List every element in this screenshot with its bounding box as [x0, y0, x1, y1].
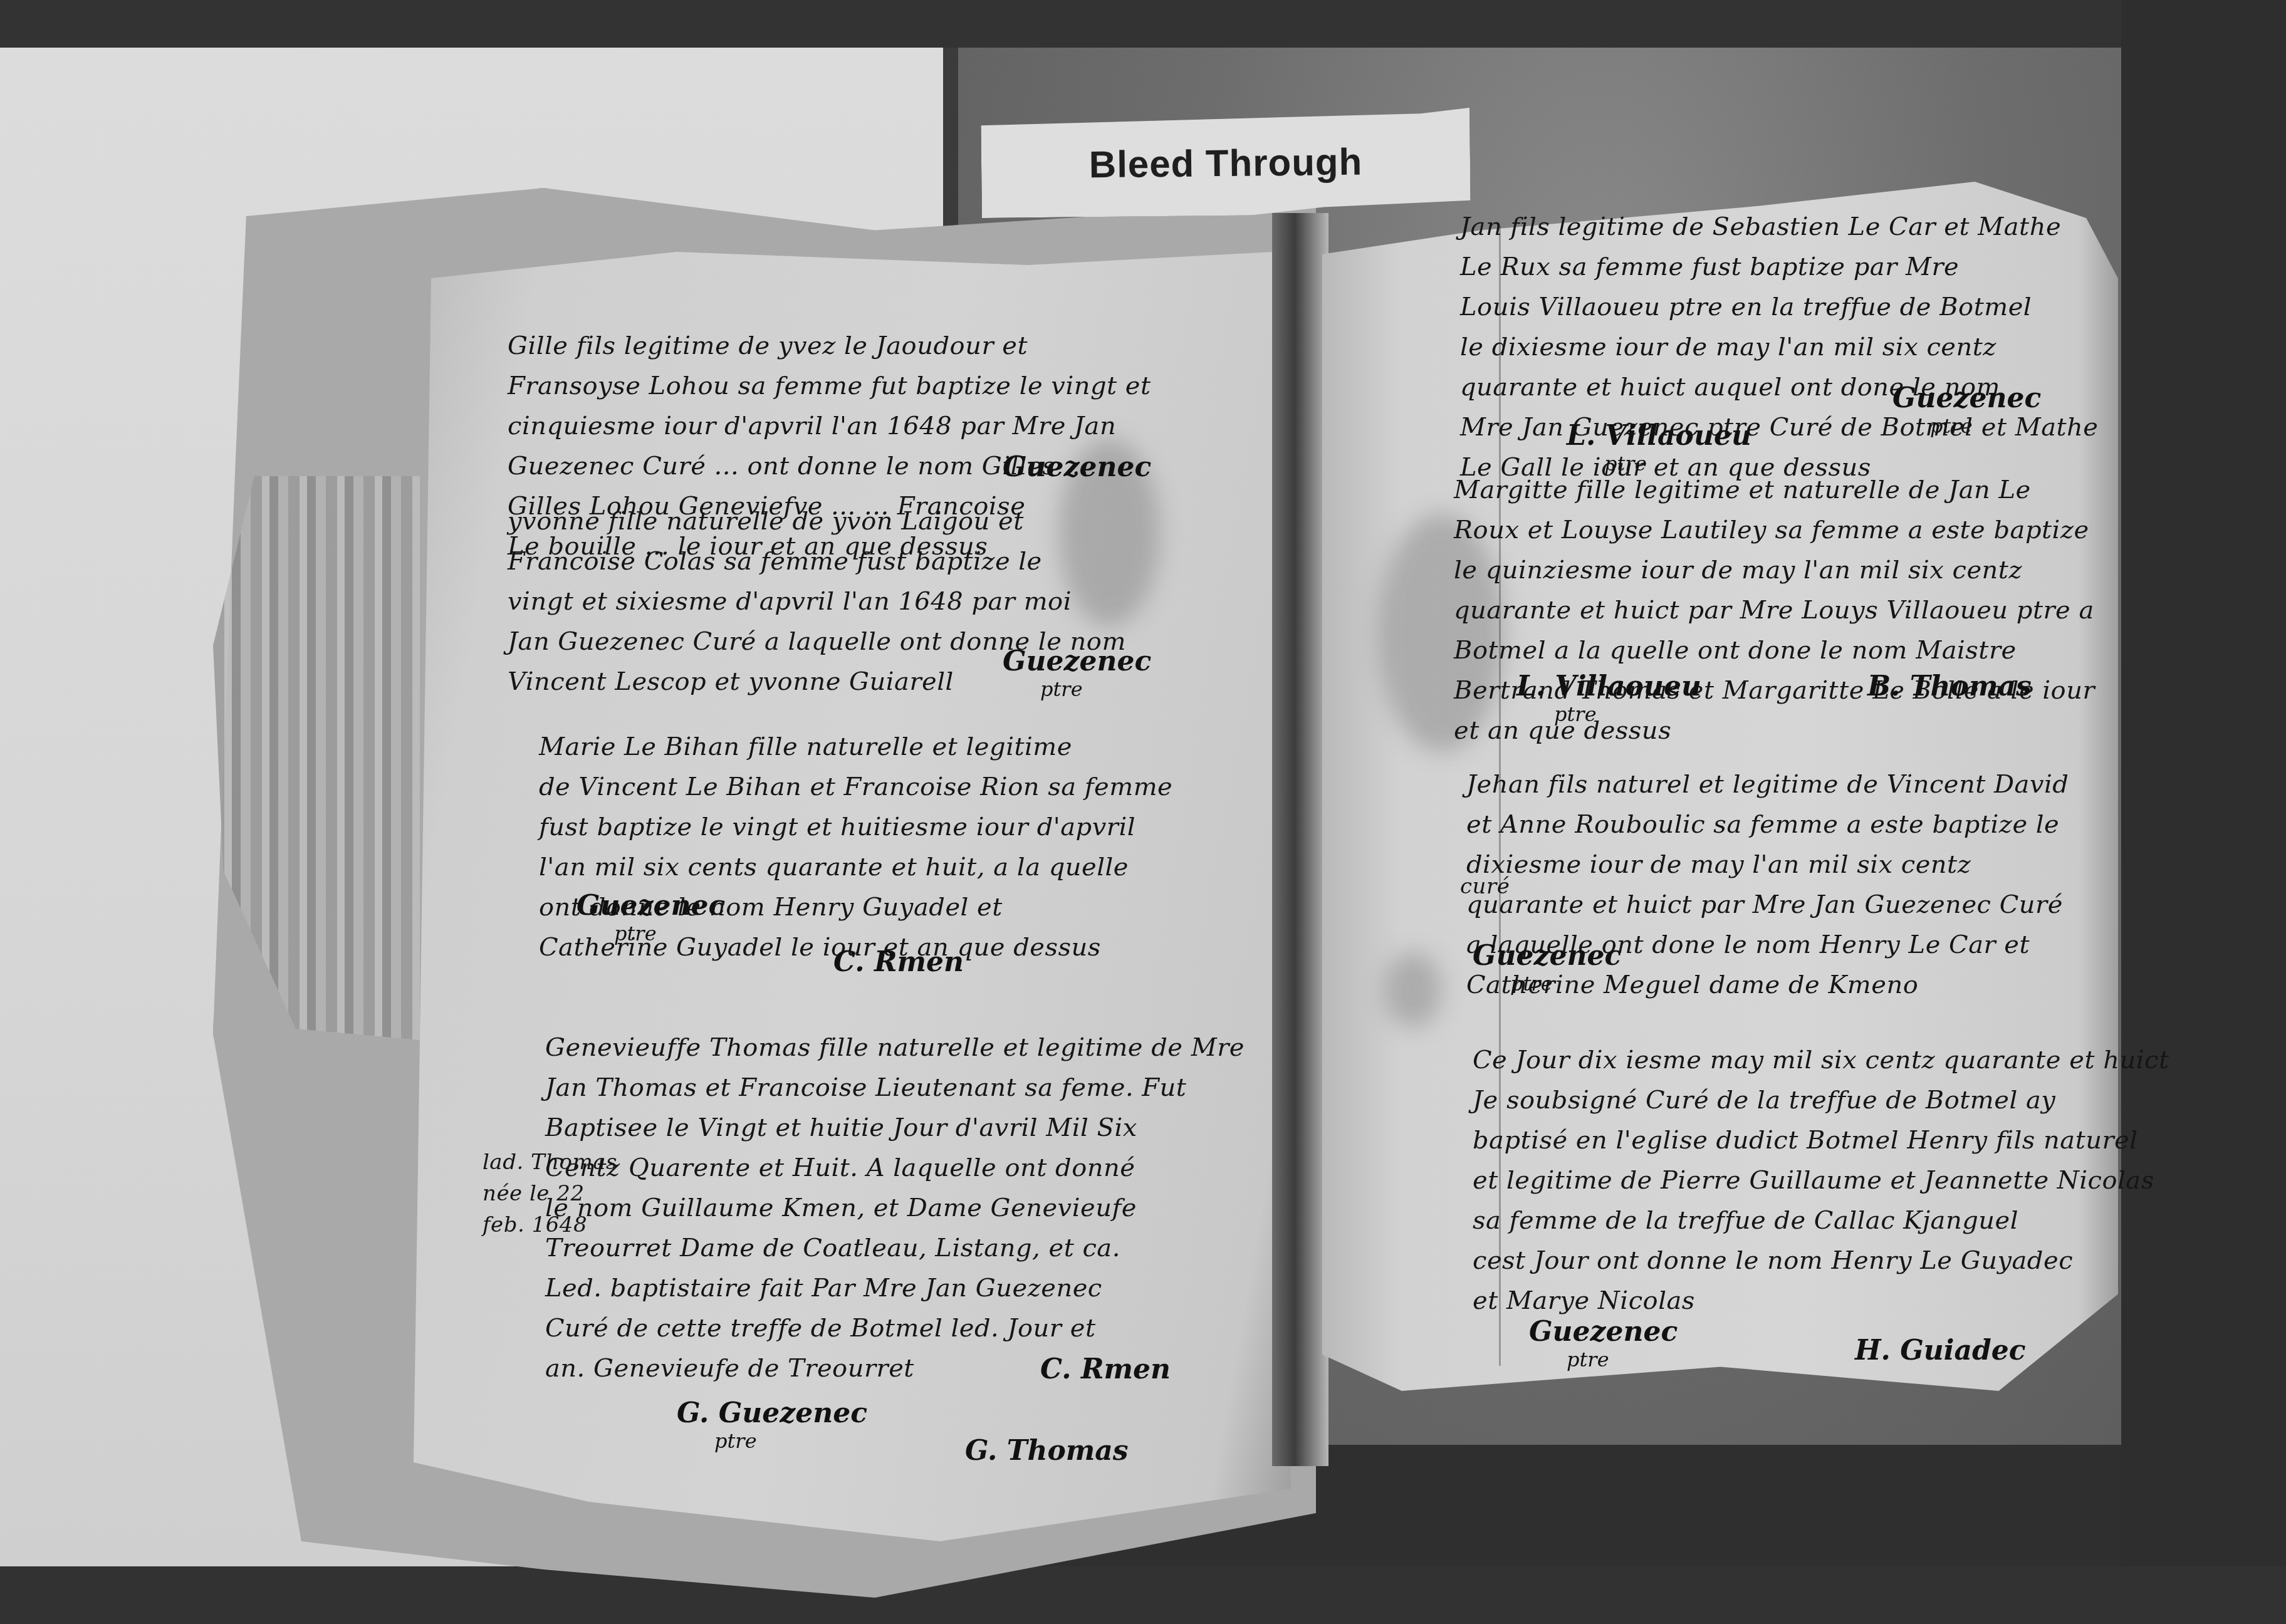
entry-line: de Vincent Le Bihan et Francoise Rion sa…	[539, 767, 1172, 807]
entry-line: Margitte fille legitime et naturelle de …	[1454, 470, 2095, 510]
signature-title: ptre	[1516, 702, 1701, 726]
signature: H. Guiadec	[1855, 1335, 2026, 1366]
label-text: Bleed Through	[1088, 140, 1362, 186]
signature: Guezenec ptre	[577, 890, 725, 945]
entry-line: Marie Le Bihan fille naturelle et legiti…	[539, 727, 1172, 767]
entry-line: Treourret Dame de Coatleau, Listang, et …	[545, 1228, 1245, 1268]
entry-line: Baptisee le Vingt et huitie Jour d'avril…	[545, 1108, 1245, 1148]
signature-name: C. Rmen	[833, 946, 964, 978]
entry-line: le nom Guillaume Kmen, et Dame Genevieuf…	[545, 1188, 1245, 1228]
signature-name: G. Thomas	[965, 1435, 1129, 1467]
margin-note-line: feb. 1648	[483, 1209, 617, 1241]
signature-title: ptre	[1473, 972, 1621, 996]
signature-name: C. Rmen	[1040, 1353, 1171, 1385]
entry-line: Louis Villaoueu ptre en la treffue de Bo…	[1460, 287, 2099, 327]
entry-line: quarante et huict par Mre Jan Guezenec C…	[1466, 885, 2069, 925]
entry-line: quarante et huict par Mre Louys Villaoue…	[1454, 590, 2095, 630]
signature-name: Guezenec	[1473, 940, 1621, 972]
backdrop-bottom	[0, 1566, 2286, 1624]
signature: Guezenec ptre	[1003, 645, 1151, 701]
signature-name: Guezenec	[577, 890, 725, 922]
entry-line: fust baptize le vingt et huitiesme iour …	[539, 807, 1172, 847]
signature: L. Villaoueu ptre	[1516, 670, 1701, 726]
margin-note: lad. Thomas née le 22 feb. 1648	[483, 1147, 617, 1241]
signature-name: Guezenec	[1529, 1316, 1678, 1348]
signature-name: G. Guezenec	[677, 1397, 867, 1429]
signature-name: Guezenec	[1003, 645, 1151, 677]
signature: Guezenec ptre	[1892, 382, 2041, 438]
book-gutter	[1272, 213, 1328, 1466]
entry-line: Genevieuffe Thomas fille naturelle et le…	[545, 1028, 1245, 1068]
signature-title: ptre	[577, 922, 725, 945]
bleed-through-label: Bleed Through	[981, 108, 1471, 218]
entry-line: yvonne fille naturelle de yvon Laigou et	[508, 501, 1126, 541]
entry-line: et legitime de Pierre Guillaume et Jeann…	[1473, 1160, 2169, 1200]
entry-line: baptisé en l'eglise dudict Botmel Henry …	[1473, 1120, 2169, 1160]
signature: C. Rmen	[833, 946, 964, 978]
entry-line: Ce Jour dix iesme may mil six centz quar…	[1473, 1040, 2169, 1080]
entry-line: l'an mil six cents quarante et huit, a l…	[539, 847, 1172, 887]
entry-line: Curé de cette treffe de Botmel led. Jour…	[545, 1308, 1245, 1348]
signature-title: ptre	[677, 1429, 867, 1453]
signature: Guezenec ptre	[1473, 940, 1621, 996]
entry-line: cest Jour ont donne le nom Henry Le Guya…	[1473, 1241, 2169, 1281]
entry-line: Centz Quarente et Huit. A laquelle ont d…	[545, 1148, 1245, 1188]
signature-name: Guezenec	[1892, 382, 2041, 414]
margin-note-line: lad. Thomas	[483, 1147, 617, 1178]
signature: L. Villaoueu ptre	[1567, 420, 1751, 476]
entry-line: Botmel a la quelle ont done le nom Maist…	[1454, 630, 2095, 670]
margin-note-line: née le 22	[483, 1178, 617, 1209]
signature: C. Rmen	[1040, 1353, 1171, 1385]
signature-title: ptre	[1892, 414, 2041, 438]
backdrop-right	[2121, 0, 2286, 1624]
entry-line: Led. baptistaire fait Par Mre Jan Guezen…	[545, 1268, 1245, 1308]
ink-stain	[1385, 952, 1441, 1028]
entry-line: Jan fils legitime de Sebastien Le Car et…	[1460, 207, 2099, 247]
signature-name: L. Villaoueu	[1567, 420, 1751, 452]
entry-line: Francoise Colas sa femme fust baptize le	[508, 541, 1126, 581]
entry-line: sa femme de la treffue de Callac Kjangue…	[1473, 1200, 2169, 1241]
signature-name: L. Villaoueu	[1516, 670, 1701, 702]
entry-line: Le Rux sa femme fust baptize par Mre	[1460, 247, 2099, 287]
entry-line: Je soubsigné Curé de la treffue de Botme…	[1473, 1080, 2169, 1120]
entry-line: Gille fils legitime de yvez le Jaoudour …	[508, 326, 1151, 366]
register-entry-jan: Jan fils legitime de Sebastien Le Car et…	[1460, 207, 2099, 487]
signature-title: ptre	[1529, 1348, 1678, 1372]
entry-line: le dixiesme iour de may l'an mil six cen…	[1460, 327, 2099, 367]
entry-line: Jehan fils naturel et legitime de Vincen…	[1466, 764, 2069, 804]
entry-line: vingt et sixiesme d'apvril l'an 1648 par…	[508, 581, 1126, 622]
signature-title: ptre	[1003, 677, 1151, 701]
entry-line: et Marye Nicolas	[1473, 1281, 2169, 1321]
register-entry-henry: Ce Jour dix iesme may mil six centz quar…	[1473, 1040, 2169, 1321]
signature-name: H. Guiadec	[1855, 1335, 2026, 1366]
entry-line: et Anne Rouboulic sa femme a este baptiz…	[1466, 804, 2069, 845]
signature: G. Thomas	[965, 1435, 1129, 1467]
entry-line: cinquiesme iour d'apvril l'an 1648 par M…	[508, 406, 1151, 446]
entry-line: Fransoyse Lohou sa femme fut baptize le …	[508, 366, 1151, 406]
signature: Guezenec	[1003, 451, 1151, 483]
signature-name: B. Thomas	[1867, 670, 2032, 702]
signature: B. Thomas	[1867, 670, 2032, 702]
signature: Guezenec ptre	[1529, 1316, 1678, 1372]
margin-note: curé	[1460, 871, 1510, 902]
entry-line: Jan Thomas et Francoise Lieutenant sa fe…	[545, 1068, 1245, 1108]
signature: G. Guezenec ptre	[677, 1397, 867, 1453]
backdrop-top	[0, 0, 2286, 48]
entry-line: dixiesme iour de may l'an mil six centz	[1466, 845, 2069, 885]
margin-note-line: curé	[1460, 871, 1510, 902]
register-entry-genevieve: Genevieuffe Thomas fille naturelle et le…	[545, 1028, 1245, 1388]
entry-line: le quinziesme iour de may l'an mil six c…	[1454, 550, 2095, 590]
signature-name: Guezenec	[1003, 451, 1151, 483]
entry-line: Roux et Louyse Lautiley sa femme a este …	[1454, 510, 2095, 550]
